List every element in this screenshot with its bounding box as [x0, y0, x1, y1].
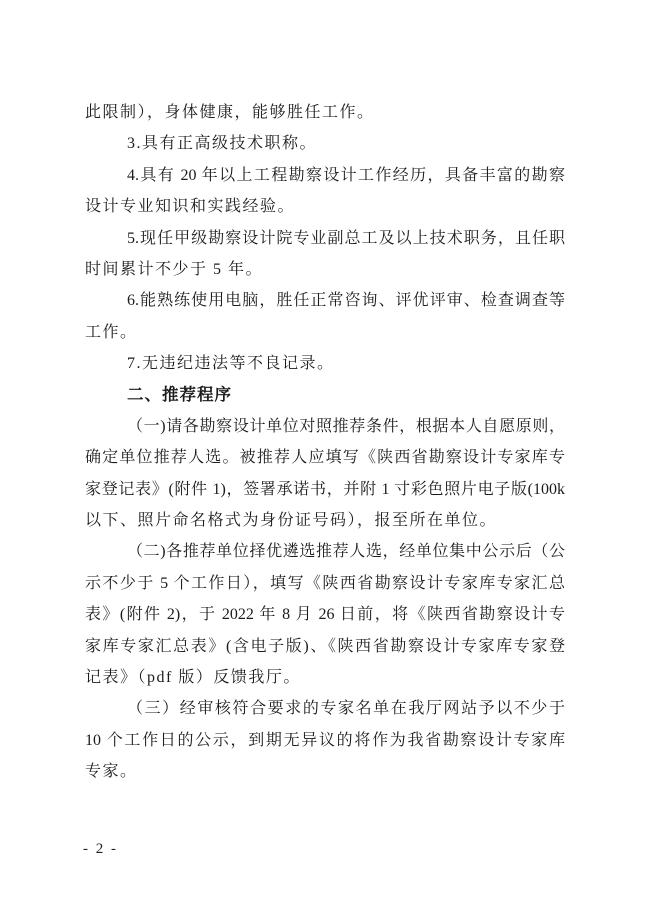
doc-line: 确定单位推荐人选。被推荐人应填写《陕西省勘察设计专家库专: [85, 442, 565, 473]
doc-line: 此限制），身体健康，能够胜任工作。: [85, 97, 565, 128]
doc-line: 示不少于 5 个工作日），填写《陕西省勘察设计专家库专家汇总: [85, 568, 565, 599]
doc-line: 以下、照片命名格式为身份证号码），报至所在单位。: [85, 505, 565, 536]
doc-line: 表》(附件 2)，于 2022 年 8 月 26 日前，将《陕西省勘察设计专: [85, 599, 565, 630]
doc-line: 10 个工作日的公示，到期无异议的将作为我省勘察设计专家库: [85, 725, 565, 756]
page-number: - 2 -: [83, 841, 118, 858]
doc-line: 专家。: [85, 756, 565, 787]
doc-line: 6.能熟练使用电脑，胜任正常咨询、评优评审、检查调查等: [85, 285, 565, 316]
doc-line: （二)各推荐单位择优遴选推荐人选，经单位集中公示后（公: [85, 536, 565, 567]
doc-line: 7.无违纪违法等不良记录。: [85, 348, 565, 379]
doc-line: 5.现任甲级勘察设计院专业副总工及以上技术职务，且任职: [85, 223, 565, 254]
doc-line: 记表》（pdf 版）反馈我厅。: [85, 662, 565, 693]
doc-line: 4.具有 20 年以上工程勘察设计工作经历，具备丰富的勘察: [85, 160, 565, 191]
section-heading: 二、推荐程序: [85, 380, 565, 411]
doc-line: 3.具有正高级技术职称。: [85, 128, 565, 159]
doc-line: （三）经审核符合要求的专家名单在我厅网站予以不少于: [85, 693, 565, 724]
doc-line: 家登记表》(附件 1)，签署承诺书，并附 1 寸彩色照片电子版(100k: [85, 474, 565, 505]
document-body: 此限制），身体健康，能够胜任工作。 3.具有正高级技术职称。 4.具有 20 年…: [85, 97, 565, 788]
doc-line: 设计专业知识和实践经验。: [85, 191, 565, 222]
doc-line: 家库专家汇总表》(含电子版)、《陕西省勘察设计专家库专家登: [85, 631, 565, 662]
doc-line: （一)请各勘察设计单位对照推荐条件，根据本人自愿原则，: [85, 411, 565, 442]
doc-line: 时间累计不少于 5 年。: [85, 254, 565, 285]
document-page: 此限制），身体健康，能够胜任工作。 3.具有正高级技术职称。 4.具有 20 年…: [0, 0, 650, 919]
doc-line: 工作。: [85, 317, 565, 348]
